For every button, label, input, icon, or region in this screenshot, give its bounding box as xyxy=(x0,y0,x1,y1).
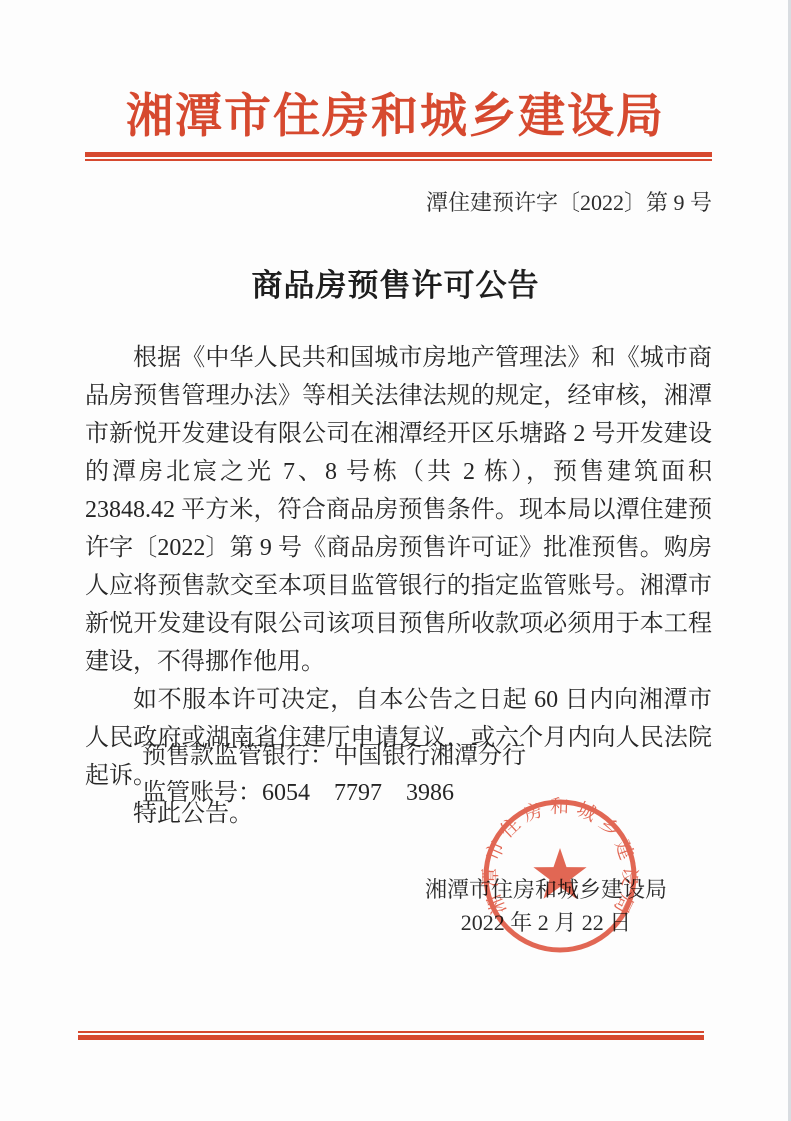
document-number: 潭住建预许字〔2022〕第 9 号 xyxy=(426,190,712,216)
letterhead-title: 湘潭市住房和城乡建设局 xyxy=(0,90,791,144)
letterhead-divider xyxy=(85,152,712,161)
signature-date: 2022 年 2 月 22 日 xyxy=(396,906,696,939)
supervision-account-line: 监管账号：6054 7797 3986 xyxy=(142,775,526,812)
document-page: 湘潭市住房和城乡建设局 潭住建预许字〔2022〕第 9 号 商品房预售许可公告 … xyxy=(0,0,791,1121)
body-paragraph: 根据《中华人民共和国城市房地产管理法》和《城市商品房预售管理办法》等相关法律法规… xyxy=(85,339,712,681)
supervision-bank-line: 预售款监管银行：中国银行湘潭分行 xyxy=(142,738,526,775)
announcement-title: 商品房预售许可公告 xyxy=(0,260,791,305)
supervision-bank-block: 预售款监管银行：中国银行湘潭分行 监管账号：6054 7797 3986 xyxy=(142,738,526,812)
signature-org: 湘潭市住房和城乡建设局 xyxy=(396,873,696,906)
footer-divider xyxy=(78,1031,704,1040)
signature-block: 湘潭市住房和城乡建设局 2022 年 2 月 22 日 xyxy=(396,873,696,939)
